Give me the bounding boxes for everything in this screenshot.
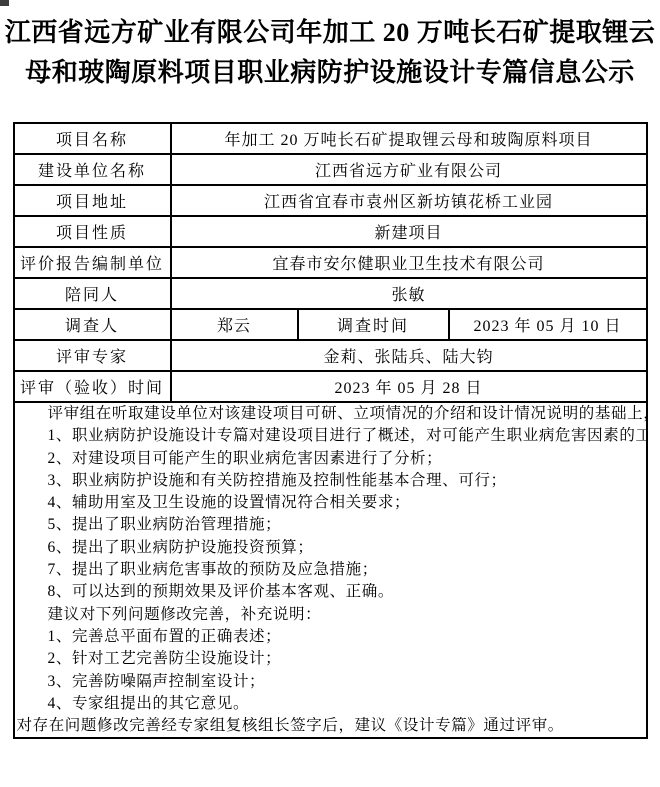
row-value-investigation-date: 2023 年 05 月 10 日 xyxy=(449,309,647,340)
row-label-review-experts: 评审专家 xyxy=(14,340,171,371)
row-value-project-address: 江西省宜春市袁州区新坊镇花桥工业园 xyxy=(171,185,647,216)
row-label-project-address: 项目地址 xyxy=(14,185,171,216)
table-row-review-opinion: 评审组在听取建设单位对该建设项目可研、立项情况的介绍和设计情况说明的基础上，查阅… xyxy=(14,402,647,738)
suggestion-item-4: 4、专家组提出的其它意见。 xyxy=(17,693,644,715)
row-value-investigator: 郑云 xyxy=(171,309,298,340)
opinion-item-4: 4、辅助用室及卫生设施的设置情况符合相关要求； xyxy=(17,492,644,514)
page-title-line-1: 江西省远方矿业有限公司年加工 20 万吨长石矿提取锂云 xyxy=(0,13,660,53)
page-title: 江西省远方矿业有限公司年加工 20 万吨长石矿提取锂云 母和玻陶原料项目职业病防… xyxy=(0,0,660,93)
opinion-item-3: 3、职业病防护设施和有关防控措施及控制性能基本合理、可行； xyxy=(17,470,644,492)
table-row-review-date: 评审（验收）时间 2023 年 05 月 28 日 xyxy=(14,371,647,402)
project-info-table: 项目名称 年加工 20 万吨长石矿提取锂云母和玻陶原料项目 建设单位名称 江西省… xyxy=(13,122,648,739)
suggestion-item-1: 1、完善总平面布置的正确表述； xyxy=(17,626,644,648)
review-opinion-cell: 评审组在听取建设单位对该建设项目可研、立项情况的介绍和设计情况说明的基础上，查阅… xyxy=(14,402,647,738)
opinion-item-2: 2、对建设项目可能产生的职业病危害因素进行了分析； xyxy=(17,448,644,470)
suggestion-intro: 建议对下列问题修改完善，补充说明： xyxy=(17,604,644,626)
table-row-project-name: 项目名称 年加工 20 万吨长石矿提取锂云母和玻陶原料项目 xyxy=(14,123,647,154)
page-title-line-2: 母和玻陶原料项目职业病防护设施设计专篇信息公示 xyxy=(0,53,660,93)
row-label-project-name: 项目名称 xyxy=(14,123,171,154)
table-row-project-nature: 项目性质 新建项目 xyxy=(14,216,647,247)
table-row-report-compiler: 评价报告编制单位 宜春市安尔健职业卫生技术有限公司 xyxy=(14,247,647,278)
suggestion-item-2: 2、针对工艺完善防尘设施设计； xyxy=(17,648,644,670)
row-value-review-date: 2023 年 05 月 28 日 xyxy=(171,371,647,402)
table-row-accompanying-person: 陪同人 张敏 xyxy=(14,278,647,309)
row-value-review-experts: 金莉、张陆兵、陆大钧 xyxy=(171,340,647,371)
row-label-construction-unit: 建设单位名称 xyxy=(14,154,171,185)
table-row-review-experts: 评审专家 金莉、张陆兵、陆大钧 xyxy=(14,340,647,371)
row-value-report-compiler: 宜春市安尔健职业卫生技术有限公司 xyxy=(171,247,647,278)
table-row-project-address: 项目地址 江西省宜春市袁州区新坊镇花桥工业园 xyxy=(14,185,647,216)
opinion-item-6: 6、提出了职业病防护设施投资预算； xyxy=(17,537,644,559)
notice-document: { "title": { "line1": "江西省远方矿业有限公司年加工 20… xyxy=(0,0,660,787)
row-value-project-name: 年加工 20 万吨长石矿提取锂云母和玻陶原料项目 xyxy=(171,123,647,154)
opinion-item-8: 8、可以达到的预期效果及评价基本客观、正确。 xyxy=(17,581,644,603)
scan-corner-artifact xyxy=(0,0,9,6)
row-value-project-nature: 新建项目 xyxy=(171,216,647,247)
opinion-item-7: 7、提出了职业病危害事故的预防及应急措施； xyxy=(17,559,644,581)
row-value-construction-unit: 江西省远方矿业有限公司 xyxy=(171,154,647,185)
conclusion-line: 对存在问题修改完善经专家组复核组长签字后，建议《设计专篇》通过评审。 xyxy=(17,715,644,737)
opinion-item-5: 5、提出了职业病防治管理措施； xyxy=(17,514,644,536)
table-row-construction-unit: 建设单位名称 江西省远方矿业有限公司 xyxy=(14,154,647,185)
row-label-project-nature: 项目性质 xyxy=(14,216,171,247)
row-label-review-date: 评审（验收）时间 xyxy=(14,371,171,402)
row-label-report-compiler: 评价报告编制单位 xyxy=(14,247,171,278)
table-row-investigator: 调查人 郑云 调查时间 2023 年 05 月 10 日 xyxy=(14,309,647,340)
row-label-investigation-date: 调查时间 xyxy=(298,309,449,340)
opinion-intro: 评审组在听取建设单位对该建设项目可研、立项情况的介绍和设计情况说明的基础上，查阅… xyxy=(17,403,644,425)
opinion-item-1: 1、职业病防护设施设计专篇对建设项目进行了概述，对可能产生职业病危害因素的工作场… xyxy=(17,425,644,447)
row-label-accompanying-person: 陪同人 xyxy=(14,278,171,309)
row-value-accompanying-person: 张敏 xyxy=(171,278,647,309)
row-label-investigator: 调查人 xyxy=(14,309,171,340)
suggestion-item-3: 3、完善防噪隔声控制室设计； xyxy=(17,671,644,693)
